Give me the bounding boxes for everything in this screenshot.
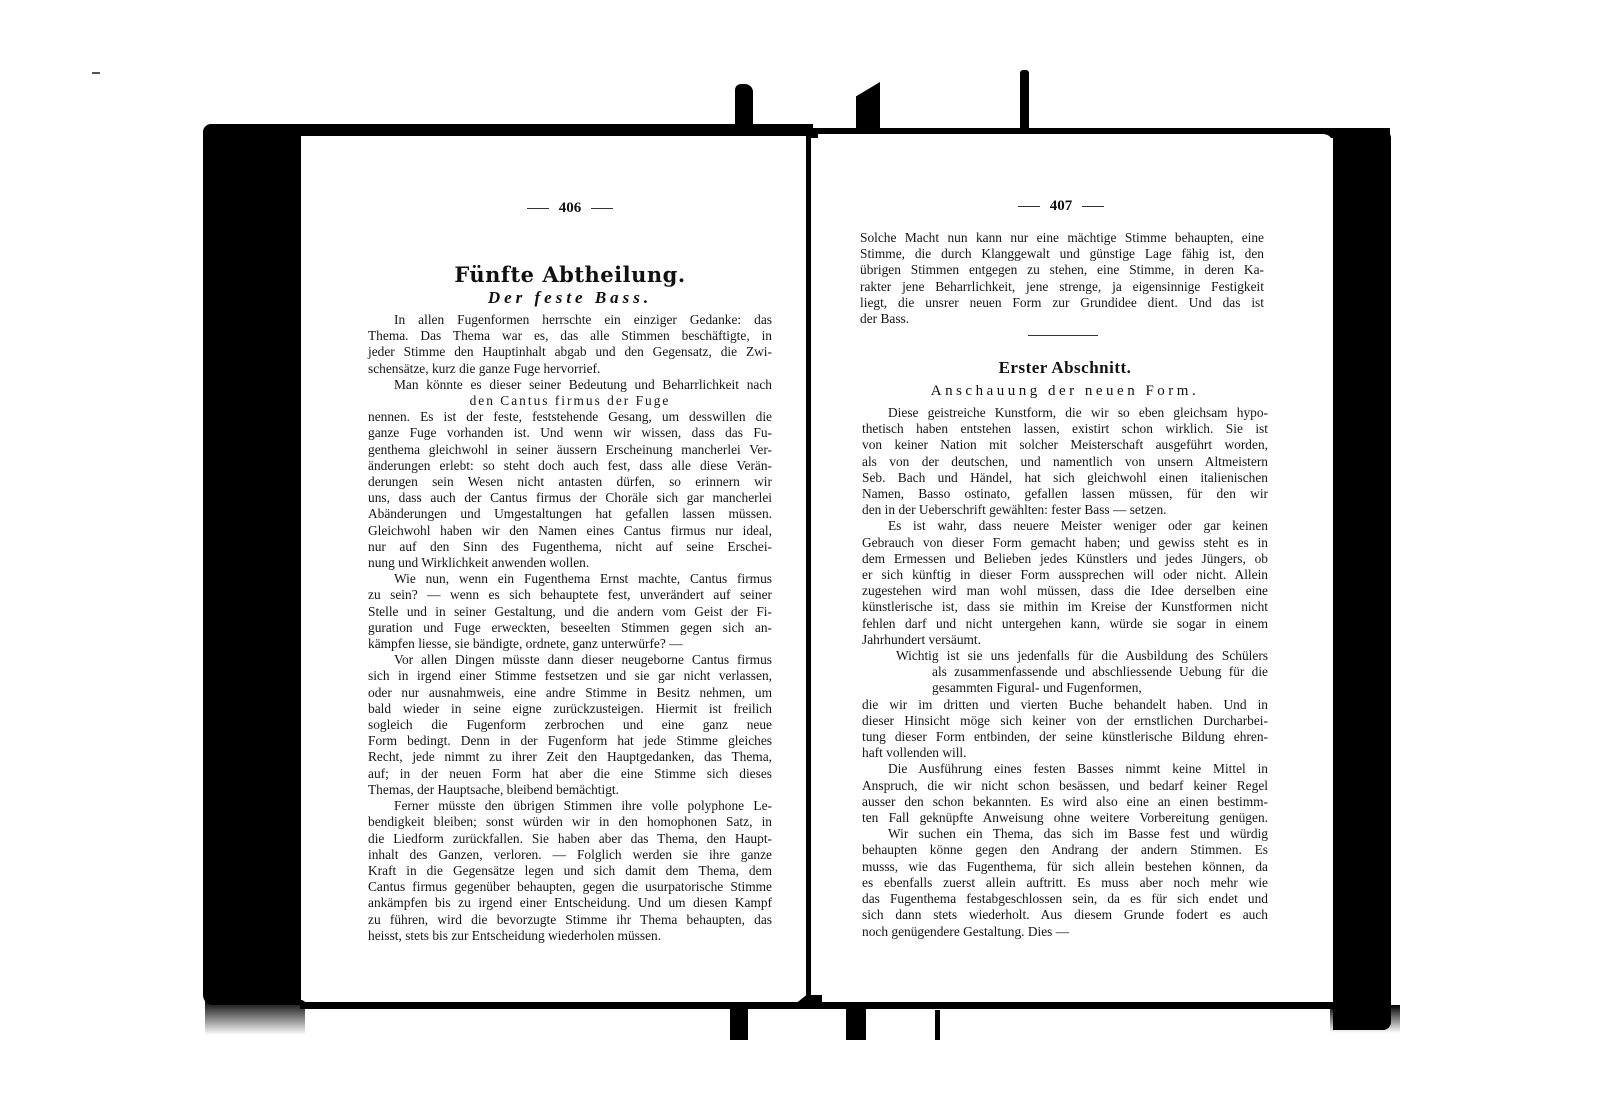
book-cover-left-fray	[205, 1000, 305, 1035]
text-line: Anspruch, die wir nicht schon besässen, …	[862, 778, 1268, 794]
text-line: Man könnte es dieser seiner Bedeutung un…	[368, 377, 772, 393]
page-marker-tab	[1020, 70, 1029, 130]
text-line: fehlen darf und nicht untergehen kann, w…	[862, 616, 1268, 632]
text-line: es ebenfalls zuerst allein auftritt. Es …	[862, 875, 1268, 891]
text-line: In allen Fugenformen herrschte ein einzi…	[368, 312, 772, 328]
text-line: kämpfen liesse, sie bändigte, ordnete, g…	[368, 636, 772, 652]
left-page-body: In allen Fugenformen herrschte ein einzi…	[368, 312, 772, 944]
right-page-intro: Solche Macht nun kann nur eine mächtige …	[860, 230, 1264, 327]
part-heading: Fünfte Abtheilung.	[400, 262, 740, 287]
text-line: Form bedingt. Denn in der Fugenform hat …	[368, 733, 772, 749]
text-line: ganze Fuge vorhanden ist. Und wenn wir w…	[368, 425, 772, 441]
text-line: Stimme, die durch Klanggewalt und günsti…	[860, 246, 1264, 262]
text-line: Wie nun, wenn ein Fugenthema Ernst macht…	[368, 571, 772, 587]
book-cover-right	[1333, 130, 1391, 1030]
text-line: dem Ermessen und Belieben jedes Künstler…	[862, 551, 1268, 567]
book-gutter	[806, 132, 811, 1007]
text-line: künstlerische ist, dass sie mithin im Kr…	[862, 599, 1268, 615]
section-separator-rule	[1028, 335, 1098, 336]
text-line: nennen. Es ist der feste, feststehende G…	[368, 409, 772, 425]
text-line: schensätze, kurz die ganze Fuge hervorri…	[368, 361, 772, 377]
text-line: genthema gleichwohl in seiner äussern Er…	[368, 442, 772, 458]
section-subheading: Anschauung der neuen Form.	[880, 383, 1250, 400]
text-line: von keiner Nation mit solcher Meistersch…	[862, 437, 1268, 453]
text-line: gesammten Figural- und Fugenformen,	[862, 680, 1268, 696]
text-line: die wir im dritten und vierten Buche beh…	[862, 697, 1268, 713]
text-line: Gebrauch von dieser Form gemacht haben; …	[862, 535, 1268, 551]
text-line: Thema. Das Thema war es, das alle Stimme…	[368, 328, 772, 344]
text-line: uns, dass auch der Cantus firmus der Cho…	[368, 490, 772, 506]
text-line: Stelle und in seiner Gestaltung, und die…	[368, 604, 772, 620]
text-line: rakter jene Beharrlichkeit, jene strenge…	[860, 279, 1264, 295]
text-line: Diese geistreiche Kunstform, die wir so …	[862, 405, 1268, 421]
text-line: nung und Wirklichkeit anwenden wollen.	[368, 555, 772, 571]
text-line: Themas, der Hauptsache, bleibend bemächt…	[368, 782, 772, 798]
text-line: Seb. Bach und Händel, hat sich gleichwoh…	[862, 470, 1268, 486]
text-line: behaupten könne gegen den Andrang der an…	[862, 842, 1268, 858]
text-line: übrigen Stimmen entgegen zu stehen, eine…	[860, 262, 1264, 278]
page-number-rule	[1082, 206, 1104, 207]
text-line: heisst, stets bis zur Entscheidung wiede…	[368, 928, 772, 944]
text-line: ausser den schon bekannten. Es wird also…	[862, 794, 1268, 810]
text-line: bendigkeit bleiben; sonst würden wir in …	[368, 814, 772, 830]
text-line: Wichtig ist sie uns jedenfalls für die A…	[862, 648, 1268, 664]
page-number-rule	[527, 208, 549, 209]
text-line: das Fugenthema festabgeschlossen sein, d…	[862, 891, 1268, 907]
text-line: sich in irgend einer Stimme festsetzen u…	[368, 668, 772, 684]
text-line: die Liedform zurückfallen. Sie haben abe…	[368, 831, 772, 847]
text-line: zu führen, wird die bevorzugte Stimme ih…	[368, 912, 772, 928]
scanned-book-spread: 406 Fünfte Abtheilung. Der feste Bass. I…	[0, 0, 1600, 1108]
text-line: Wir suchen ein Thema, das sich im Basse …	[862, 826, 1268, 842]
text-line: den Cantus firmus der Fuge	[368, 393, 772, 409]
text-line: Es ist wahr, dass neuere Meister weniger…	[862, 518, 1268, 534]
text-line: oder nur ausnahmweis, eine andre Stimme …	[368, 685, 772, 701]
text-line: tung dieser Form entbinden, der seine kü…	[862, 729, 1268, 745]
page-number-rule	[591, 208, 613, 209]
text-line: jeder Stimme den Hauptinhalt abgab und d…	[368, 344, 772, 360]
text-line: Solche Macht nun kann nur eine mächtige …	[860, 230, 1264, 246]
text-line: zu sein? — wenn es sich behauptete fest,…	[368, 587, 772, 603]
text-line: musss, wie das Fugenthema, für sich alle…	[862, 859, 1268, 875]
page-marker-tab	[856, 82, 880, 130]
text-line: Recht, jede nimmt zu ihrer Zeit den Haup…	[368, 749, 772, 765]
text-line: ankämpfen bis zu irgend einer Entscheidu…	[368, 895, 772, 911]
text-line: guration und Fuge erweckten, beseelten S…	[368, 620, 772, 636]
page-marker-tab	[730, 1008, 748, 1040]
text-line: liegt, die unsrer neuen Form zur Grundid…	[860, 295, 1264, 311]
right-page-number: 407	[991, 198, 1131, 215]
book-cover-left	[203, 125, 301, 1005]
text-line: noch genügendere Gestaltung. Dies —	[862, 924, 1268, 940]
book-cover-right-fray	[1330, 1005, 1400, 1033]
text-line: ten Fall geknüpfte Anweisung ohne weiter…	[862, 810, 1268, 826]
text-line: Cantus firmus gegenüber behaupten, gegen…	[368, 879, 772, 895]
text-line: inhalt des Ganzen, verloren. — Folglich …	[368, 847, 772, 863]
text-line: bald wieder in seine eigne zurückzusteig…	[368, 701, 772, 717]
text-line: Abänderungen und Umgestaltungen hat gefa…	[368, 506, 772, 522]
text-line: Gleichwohl haben wir den Namen eines Can…	[368, 523, 772, 539]
text-line: dieser Hinsicht möge sich keiner von der…	[862, 713, 1268, 729]
text-line: Namen, Basso ostinato, gefallen lassen m…	[862, 486, 1268, 502]
text-line: als zusammenfassende und abschliessende …	[862, 664, 1268, 680]
text-line: er sich künftig in dieser Form aussprech…	[862, 567, 1268, 583]
text-line: nur auf den Sinn des Fugenthema, nicht a…	[368, 539, 772, 555]
text-line: änderungen erlebt: so steht doch auch fe…	[368, 458, 772, 474]
right-page-body: Diese geistreiche Kunstform, die wir so …	[862, 405, 1268, 940]
left-page-number: 406	[500, 200, 640, 217]
text-line: zugestehen wird man wohl müssen, dass di…	[862, 583, 1268, 599]
page-number-rule	[1018, 206, 1040, 207]
text-line: der Bass.	[860, 311, 1264, 327]
text-line: auf; in der neuen Form hat aber die eine…	[368, 766, 772, 782]
text-line: derungen sein Wesen nicht antasten dürfe…	[368, 474, 772, 490]
text-line: sich dann stets wiederholt. Aus diesem G…	[862, 907, 1268, 923]
page-marker-tab	[846, 1008, 866, 1040]
text-line: haft vollenden will.	[862, 745, 1268, 761]
text-line: den in der Ueberschrift gewählten: feste…	[862, 502, 1268, 518]
text-line: Vor allen Dingen müsste dann dieser neug…	[368, 652, 772, 668]
text-line: Jahrhundert versäumt.	[862, 632, 1268, 648]
text-line: Die Ausführung eines festen Basses nimmt…	[862, 761, 1268, 777]
page-marker-tab	[935, 1010, 940, 1040]
text-line: Ferner müsste den übrigen Stimmen ihre v…	[368, 798, 772, 814]
text-line: als von der deutschen, und namentlich vo…	[862, 454, 1268, 470]
text-line: sogleich die Fugenform zerbrochen und ei…	[368, 717, 772, 733]
scan-speck	[92, 72, 100, 74]
section-heading: Erster Abschnitt.	[900, 358, 1230, 378]
text-line: thetisch haben entstehen lassen, existir…	[862, 421, 1268, 437]
part-subheading: Der feste Bass.	[400, 288, 740, 308]
text-line: Kraft in die Gegensätze legen und sich d…	[368, 863, 772, 879]
